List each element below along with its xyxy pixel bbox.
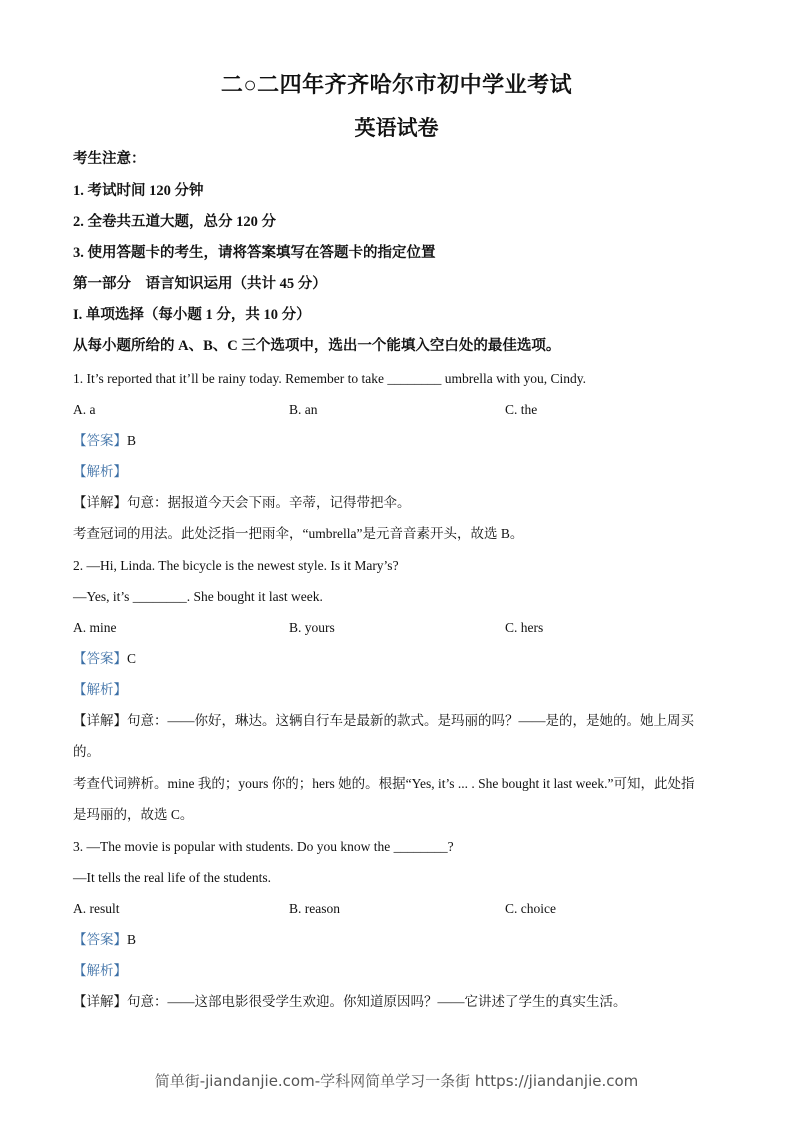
option-c: C. the — [505, 401, 537, 419]
answer-line: 【答案】B — [73, 432, 136, 450]
question-stem: —It tells the real life of the students. — [73, 869, 271, 887]
answer-line: 【答案】B — [73, 931, 136, 949]
detail-label: 【详解】 — [73, 713, 127, 728]
question-stem: —Yes, it’s ________. She bought it last … — [73, 588, 323, 606]
answer-label: 【答案】 — [73, 932, 127, 947]
option-a: A. result — [73, 900, 120, 918]
detail-text: 句意：——这部电影很受学生欢迎。你知道原因吗？——它讲述了学生的真实生活。 — [127, 994, 627, 1009]
answer-label: 【答案】 — [73, 433, 127, 448]
detail-line: 【详解】句意：——你好，琳达。这辆自行车是最新的款式。是玛丽的吗？——是的，是她… — [73, 712, 694, 730]
detail-text: 是玛丽的，故选 C。 — [73, 806, 193, 824]
answer-line: 【答案】C — [73, 650, 136, 668]
section-subpart-heading: I. 单项选择（每小题 1 分，共 10 分） — [73, 306, 311, 324]
notice-item: 3. 使用答题卡的考生，请将答案填写在答题卡的指定位置 — [73, 244, 436, 262]
analysis-label: 【解析】 — [73, 962, 127, 980]
option-b: B. reason — [289, 900, 340, 918]
answer-value: B — [127, 932, 136, 947]
detail-line: 【详解】句意：据报道今天会下雨。辛蒂，记得带把伞。 — [73, 494, 411, 512]
option-a: A. a — [73, 401, 96, 419]
exam-subtitle: 英语试卷 — [0, 112, 793, 142]
question-stem: 3. —The movie is popular with students. … — [73, 838, 454, 856]
detail-label: 【详解】 — [73, 495, 127, 510]
exam-title: 二○二四年齐齐哈尔市初中学业考试 — [0, 68, 793, 99]
exam-page: 二○二四年齐齐哈尔市初中学业考试 英语试卷 考生注意： 1. 考试时间 120 … — [0, 0, 793, 1122]
detail-text: 考查代词辨析。mine 我的；yours 你的；hers 她的。根据“Yes, … — [73, 775, 694, 793]
analysis-label: 【解析】 — [73, 463, 127, 481]
footer-watermark: 简单街-jiandanjie.com-学科网简单学习一条街 https://ji… — [0, 1070, 793, 1091]
question-stem: 2. —Hi, Linda. The bicycle is the newest… — [73, 557, 399, 575]
detail-text: 句意：据报道今天会下雨。辛蒂，记得带把伞。 — [127, 495, 411, 510]
section-part-heading: 第一部分 语言知识运用（共计 45 分） — [73, 275, 327, 293]
detail-text: 的。 — [73, 743, 100, 761]
option-a: A. mine — [73, 619, 117, 637]
notice-item: 2. 全卷共五道大题，总分 120 分 — [73, 213, 276, 231]
answer-value: C — [127, 651, 136, 666]
answer-value: B — [127, 433, 136, 448]
notice-item: 1. 考试时间 120 分钟 — [73, 182, 204, 200]
notice-heading: 考生注意： — [73, 150, 146, 168]
question-stem: 1. It’s reported that it’ll be rainy tod… — [73, 370, 586, 388]
option-c: C. choice — [505, 900, 556, 918]
detail-label: 【详解】 — [73, 994, 127, 1009]
option-c: C. hers — [505, 619, 543, 637]
detail-text: 考查冠词的用法。此处泛指一把雨伞，“umbrella”是元音音素开头，故选 B。 — [73, 525, 523, 543]
option-b: B. yours — [289, 619, 335, 637]
section-instruction: 从每小题所给的 A、B、C 三个选项中，选出一个能填入空白处的最佳选项。 — [73, 337, 560, 355]
answer-label: 【答案】 — [73, 651, 127, 666]
detail-text: 句意：——你好，琳达。这辆自行车是最新的款式。是玛丽的吗？——是的，是她的。她上… — [127, 713, 694, 728]
detail-line: 【详解】句意：——这部电影很受学生欢迎。你知道原因吗？——它讲述了学生的真实生活… — [73, 993, 627, 1011]
analysis-label: 【解析】 — [73, 681, 127, 699]
option-b: B. an — [289, 401, 318, 419]
